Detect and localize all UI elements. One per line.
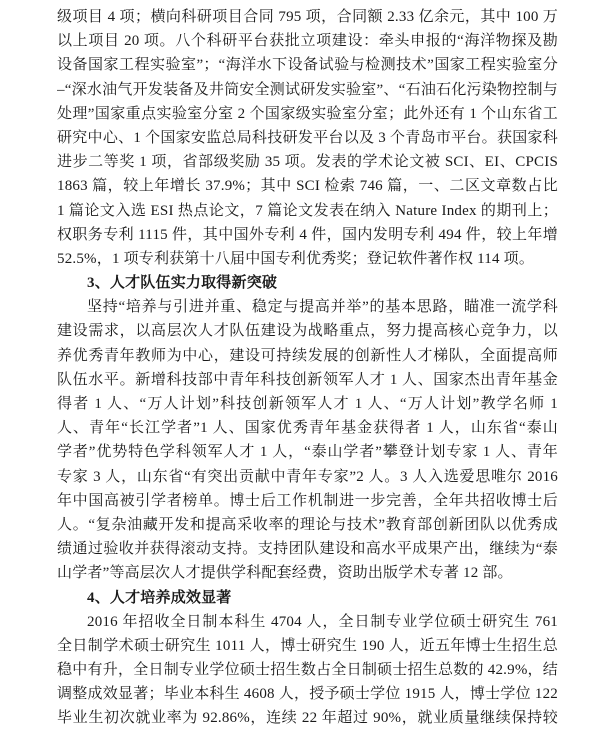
text-line: 专家 3 人，山东省“有突出贡献中青年专家”2 人。3 人入选爱思唯尔 2016 bbox=[57, 465, 558, 489]
section-heading: 4、人才培养成效显著 bbox=[57, 586, 558, 610]
section-heading: 3、人才队伍实力取得新突破 bbox=[57, 271, 558, 295]
text-line: 山学者”等高层次人才提供学科配套经费，资助出版学术专著 12 部。 bbox=[57, 561, 558, 585]
text-line: 全日制学术硕士研究生 1011 人，博士研究生 190 人，近五年博士生招生总数 bbox=[57, 634, 558, 658]
text-line: 52.5%，1 项专利获第十八届中国专利优秀奖；登记软件著作权 114 项。 bbox=[57, 247, 558, 271]
text-line: 以上项目 20 项。八个科研平台获批立项建设：牵头申报的“海洋物探及勘探 bbox=[57, 29, 558, 53]
text-line: 学者”优势特色学科领军人才 1 人，“泰山学者”攀登计划专家 1 人、青年 bbox=[57, 440, 558, 464]
text-line: 1 篇论文入选 ESI 热点论文，7 篇论文发表在纳入 Nature Index… bbox=[57, 199, 558, 223]
text-line: 年中国高被引学者榜单。博士后工作机制进一步完善，全年共招收博士后 50 bbox=[57, 489, 558, 513]
text-line: 1863 篇，较上年增长 37.9%；其中 SCI 检索 746 篇，一、二区文… bbox=[57, 174, 558, 198]
text-line: 调整成效显著；毕业本科生 4608 人，授予硕士学位 1915 人，博士学位 1… bbox=[57, 682, 558, 706]
text-line: 研究中心、1 个国家安监总局科技研发平台以及 3 个青岛市平台。获国家科技 bbox=[57, 126, 558, 150]
text-line: 稳中有升，全日制专业学位硕士招生数占全日制硕士招生总数的 42.9%，结构 bbox=[57, 658, 558, 682]
text-line: –“深水油气开发装备及井筒安全测试研发实验室”、“石油石化污染物控制与 bbox=[57, 78, 558, 102]
text-line: 毕业生初次就业率为 92.86%，连续 22 年超过 90%，就业质量继续保持较… bbox=[57, 706, 558, 730]
text-line: 人、青年“长江学者”1 人、国家优秀青年基金获得者 1 人，山东省“泰山 bbox=[57, 416, 558, 440]
document-page: 级项目 4 项；横向科研项目合同 795 项，合同额 2.33 亿余元，其中 1… bbox=[0, 0, 615, 733]
text-line: 2016 年招收全日制本科生 4704 人，全日制专业学位硕士研究生 761 人… bbox=[57, 610, 558, 634]
text-line: 人。“复杂油藏开发和提高采收率的理论与技术”教育部创新团队以优秀成 bbox=[57, 513, 558, 537]
text-line: 养优秀青年教师为中心，建设可持续发展的创新性人才梯队，全面提高师资 bbox=[57, 344, 558, 368]
text-line: 绩通过验收并获得滚动支持。支持团队建设和高水平成果产出，继续为“泰 bbox=[57, 537, 558, 561]
text-line: 权职务专利 1115 件，其中国外专利 4 件，国内发明专利 494 件，较上年… bbox=[57, 223, 558, 247]
text-line: 得者 1 人、“万人计划”科技创新领军人才 1 人、“万人计划”教学名师 1 bbox=[57, 392, 558, 416]
text-line: 建设需求，以高层次人才队伍建设为战略重点，努力提高核心竞争力，以培 bbox=[57, 319, 558, 343]
text-line: 进步二等奖 1 项，省部级奖励 35 项。发表的学术论文被 SCI、EI、CPC… bbox=[57, 150, 558, 174]
text-line: 处理”国家重点实验室分室 2 个国家级实验室分室；此外还有 1 个山东省工程 bbox=[57, 102, 558, 126]
text-line: 队伍水平。新增科技部中青年科技创新领军人才 1 人、国家杰出青年基金获 bbox=[57, 368, 558, 392]
text-line: 设备国家工程实验室”；“海洋水下设备试验与检测技术”国家工程实验室分室 bbox=[57, 53, 558, 77]
text-line: 坚持“培养与引进并重、稳定与提高并举”的基本思路，瞄准一流学科 bbox=[57, 295, 558, 319]
text-line: 级项目 4 项；横向科研项目合同 795 项，合同额 2.33 亿余元，其中 1… bbox=[57, 5, 558, 29]
